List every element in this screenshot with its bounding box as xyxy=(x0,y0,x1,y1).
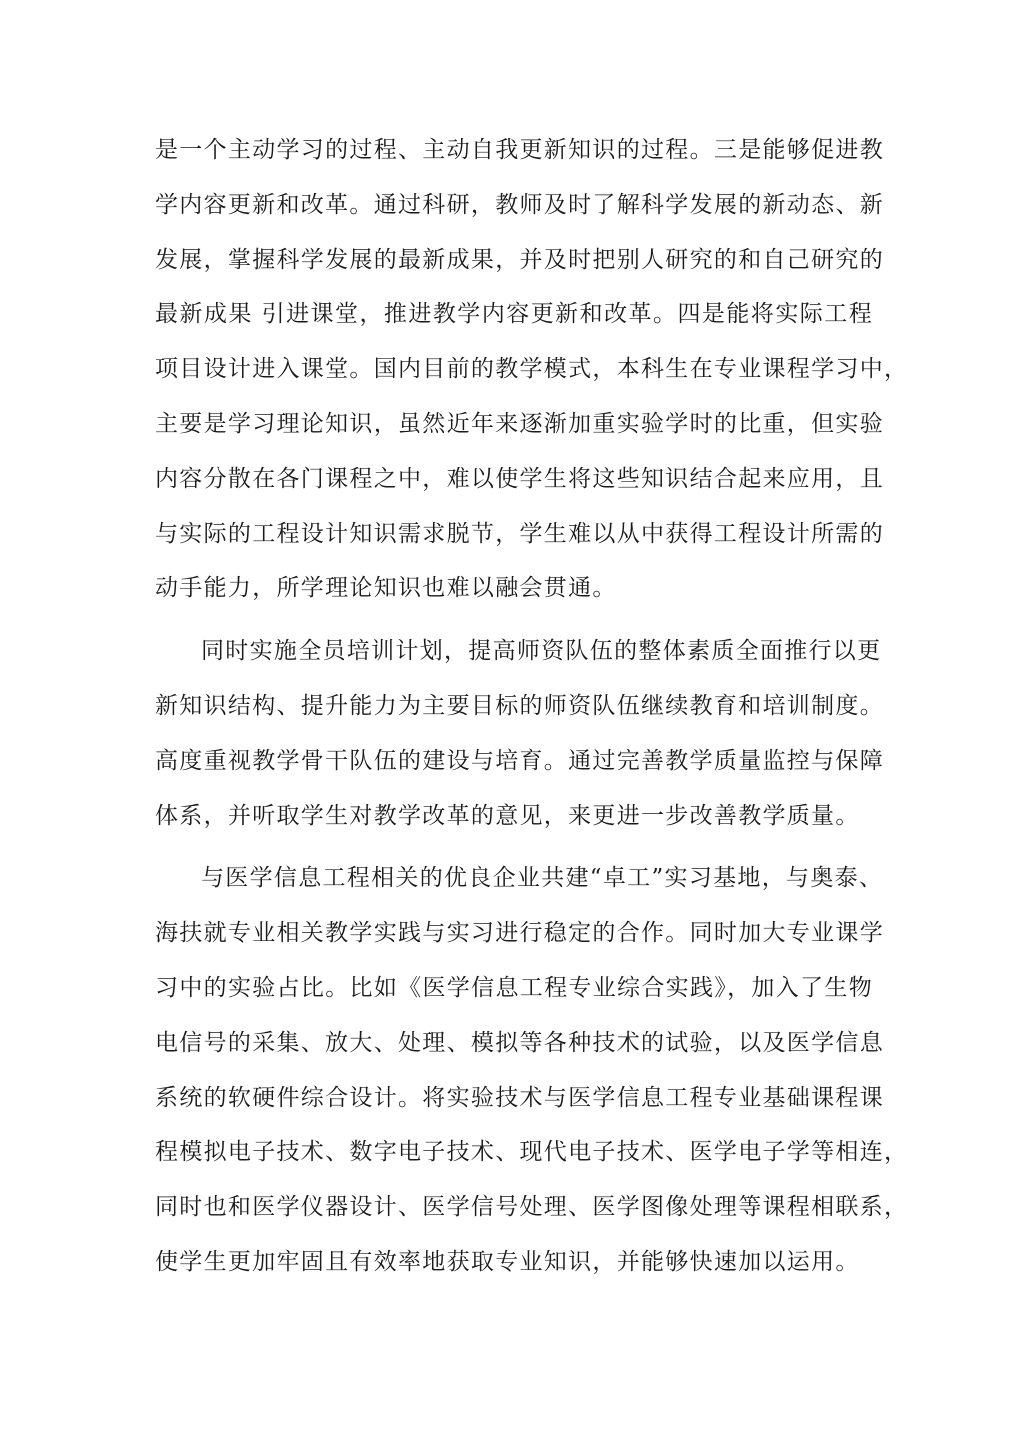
paragraph-spacing xyxy=(155,846,873,854)
text-line: 电信号的采集、放大、处理、模拟等各种技术的试验，以及医学信息 xyxy=(155,1019,873,1074)
text-line: 使学生更加牢固且有效率地获取专业知识，并能够快速加以运用。 xyxy=(155,1238,873,1293)
text-line: 主要是学习理论知识，虽然近年来逐渐加重实验学时的比重，但实验 xyxy=(155,400,873,455)
text-line: 习中的实验占比。比如《医学信息工程专业综合实践》，加入了生物 xyxy=(155,964,873,1019)
text-line: 内容分散在各门课程之中，难以使学生将这些知识结合起来应用，且 xyxy=(155,455,873,510)
text-line: 新知识结构、提升能力为主要目标的师资队伍继续教育和培训制度。 xyxy=(155,682,873,737)
text-line: 学内容更新和改革。通过科研，教师及时了解科学发展的新动态、新 xyxy=(155,181,873,236)
text-line: 动手能力，所学理论知识也难以融会贯通。 xyxy=(155,564,873,619)
document-page: 是一个主动学习的过程、主动自我更新知识的过程。三是能够促进教 学内容更新和改革。… xyxy=(0,0,1024,1448)
document-body: 是一个主动学习的过程、主动自我更新知识的过程。三是能够促进教 学内容更新和改革。… xyxy=(155,126,873,1293)
paragraph-spacing xyxy=(155,619,873,627)
text-line: 同时实施全员培训计划，提高师资队伍的整体素质全面推行以更 xyxy=(155,627,873,682)
text-line: 与医学信息工程相关的优良企业共建“卓工”实习基地，与奥泰、 xyxy=(155,854,873,909)
text-line: 海扶就专业相关教学实践与实习进行稳定的合作。同时加大专业课学 xyxy=(155,909,873,964)
text-line: 程模拟电子技术、数字电子技术、现代电子技术、医学电子学等相连， xyxy=(155,1128,873,1183)
text-line: 发展，掌握科学发展的最新成果，并及时把别人研究的和自己研究的 xyxy=(155,236,873,291)
paragraph-2: 同时实施全员培训计划，提高师资队伍的整体素质全面推行以更 新知识结构、提升能力为… xyxy=(155,627,873,846)
paragraph-1: 是一个主动学习的过程、主动自我更新知识的过程。三是能够促进教 学内容更新和改革。… xyxy=(155,126,873,619)
text-line: 与实际的工程设计知识需求脱节，学生难以从中获得工程设计所需的 xyxy=(155,510,873,565)
text-line: 同时也和医学仪器设计、医学信号处理、医学图像处理等课程相联系， xyxy=(155,1183,873,1238)
text-line: 体系，并听取学生对教学改革的意见，来更进一步改善教学质量。 xyxy=(155,792,873,847)
text-line: 项目设计进入课堂。国内目前的教学模式，本科生在专业课程学习中， xyxy=(155,345,873,400)
text-line: 高度重视教学骨干队伍的建设与培育。通过完善教学质量监控与保障 xyxy=(155,737,873,792)
paragraph-3: 与医学信息工程相关的优良企业共建“卓工”实习基地，与奥泰、 海扶就专业相关教学实… xyxy=(155,854,873,1292)
text-line: 是一个主动学习的过程、主动自我更新知识的过程。三是能够促进教 xyxy=(155,126,873,181)
text-line: 最新成果 引进课堂，推进教学内容更新和改革。四是能将实际工程 xyxy=(155,290,873,345)
text-line: 系统的软硬件综合设计。将实验技术与医学信息工程专业基础课程课 xyxy=(155,1074,873,1129)
